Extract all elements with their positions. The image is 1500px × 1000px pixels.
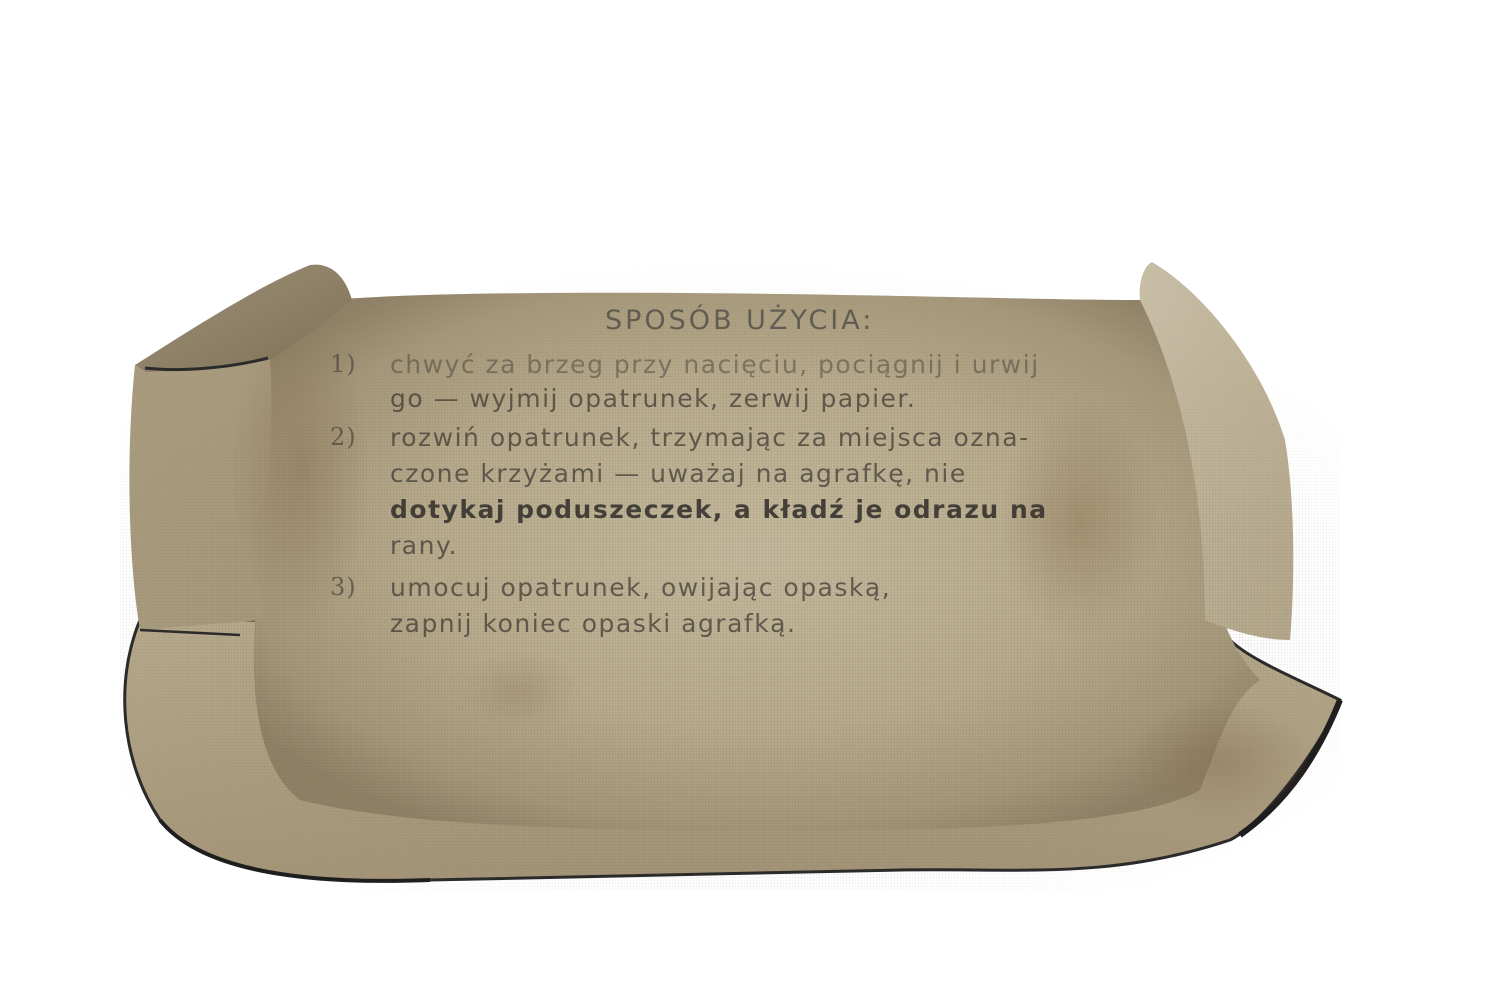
photo-scene: SPOSÓB UŻYCIA: 1) chwyć za brzeg przy na… <box>0 0 1500 1000</box>
step-number: 2) <box>330 423 357 451</box>
step-line: czone krzyżami — uważaj na agrafkę, nie <box>390 459 967 488</box>
instructions-title: SPOSÓB UŻYCIA: <box>605 305 874 336</box>
step-number: 1) <box>330 350 357 378</box>
step-line: chwyć za brzeg przy nacięciu, pociągnij … <box>390 350 1040 379</box>
step-number: 3) <box>330 573 357 601</box>
step-line: umocuj opatrunek, owijając opaską, <box>390 573 891 602</box>
step-line: dotykaj poduszeczek, a kładź je odrazu n… <box>390 495 1048 524</box>
step-line: zapnij koniec opaski agrafką. <box>390 609 796 638</box>
step-line: rany. <box>390 531 458 560</box>
step-line: go — wyjmij opatrunek, zerwij papier. <box>390 384 916 413</box>
step-line: rozwiń opatrunek, trzymając za miejsca o… <box>390 423 1030 452</box>
